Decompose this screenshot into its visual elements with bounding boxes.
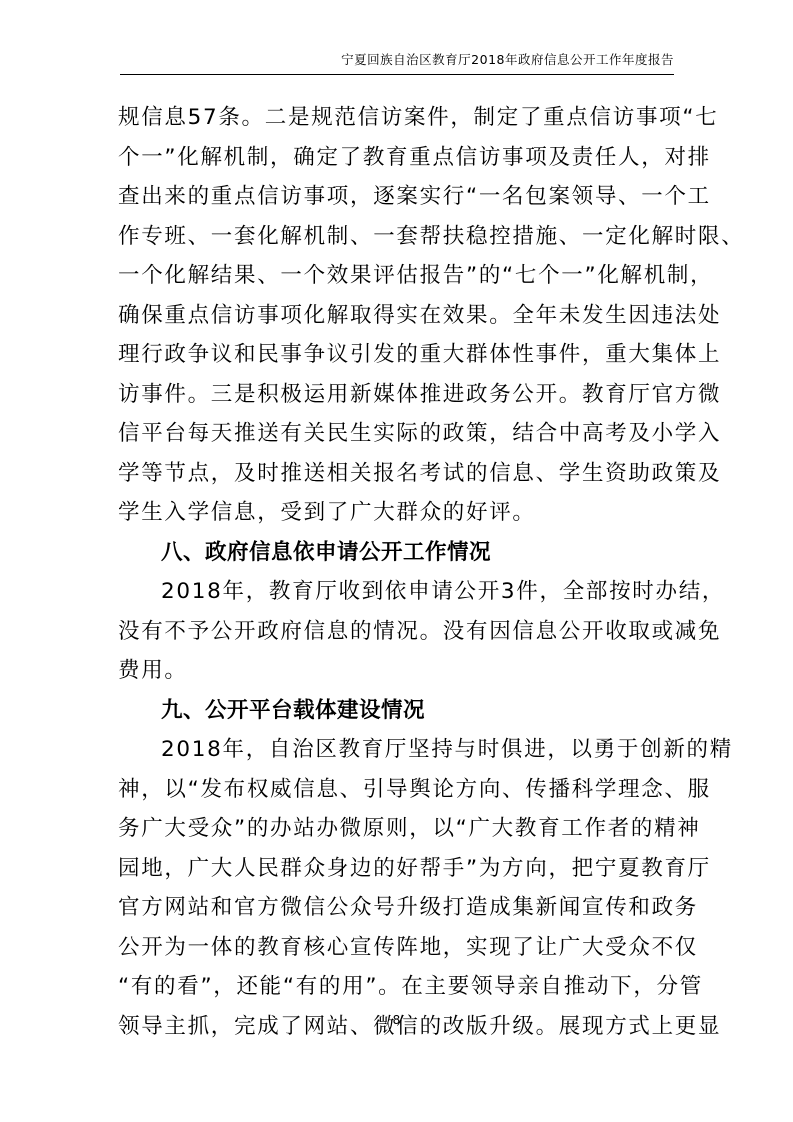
paragraph-line: 神，以“发布权威信息、引导舆论方向、传播科学理念、服 <box>118 770 678 810</box>
paragraph-line: 务广大受众”的办站办微原则，以“广大教育工作者的精神 <box>118 809 678 849</box>
paragraph-first-line: 2018年，教育厅收到依申请公开3件，全部按时办结， <box>118 572 678 612</box>
paragraph-line: “有的看”，还能“有的用”。在主要领导亲自推动下，分管 <box>118 967 678 1007</box>
header-title: 宁夏回族自治区教育厅2018年政府信息公开工作年度报告 <box>341 52 674 67</box>
paragraph-line: 确保重点信访事项化解取得实在效果。全年未发生因违法处 <box>118 296 678 336</box>
paragraph-line: 查出来的重点信访事项，逐案实行“一名包案领导、一个工 <box>118 177 678 217</box>
paragraph-last-line: 学生入学信息，受到了广大群众的好评。 <box>118 493 678 533</box>
paragraph-line: 规信息57条。二是规范信访案件，制定了重点信访事项“七 <box>118 98 678 138</box>
section-heading: 八、政府信息依申请公开工作情况 <box>118 533 678 573</box>
paragraph-line: 信平台每天推送有关民生实际的政策，结合中高考及小学入 <box>118 414 678 454</box>
paragraph-line: 官方网站和官方微信公众号升级打造成集新闻宣传和政务 <box>118 888 678 928</box>
running-header: 宁夏回族自治区教育厅2018年政府信息公开工作年度报告 <box>120 50 674 75</box>
section-heading: 九、公开平台载体建设情况 <box>118 691 678 731</box>
paragraph-line: 公开为一体的教育核心宣传阵地，实现了让广大受众不仅 <box>118 928 678 968</box>
page-number: 8 <box>0 1013 793 1027</box>
document-body: 规信息57条。二是规范信访案件，制定了重点信访事项“七个一”化解机制，确定了教育… <box>118 98 678 1046</box>
paragraph-line: 理行政争议和民事争议引发的重大群体性事件，重大集体上 <box>118 335 678 375</box>
paragraph-line: 作专班、一套化解机制、一套帮扶稳控措施、一定化解时限、 <box>118 217 678 257</box>
paragraph-line: 学等节点，及时推送相关报名考试的信息、学生资助政策及 <box>118 454 678 494</box>
paragraph-line: 没有不予公开政府信息的情况。没有因信息公开收取或减免 <box>118 612 678 652</box>
paragraph-line: 个一”化解机制，确定了教育重点信访事项及责任人，对排 <box>118 138 678 178</box>
paragraph-line: 一个化解结果、一个效果评估报告”的“七个一”化解机制， <box>118 256 678 296</box>
paragraph-line: 访事件。三是积极运用新媒体推进政务公开。教育厅官方微 <box>118 375 678 415</box>
paragraph-first-line: 2018年，自治区教育厅坚持与时俱进，以勇于创新的精 <box>118 730 678 770</box>
paragraph-line: 园地，广大人民群众身边的好帮手”为方向，把宁夏教育厅 <box>118 849 678 889</box>
paragraph-last-line: 费用。 <box>118 651 678 691</box>
